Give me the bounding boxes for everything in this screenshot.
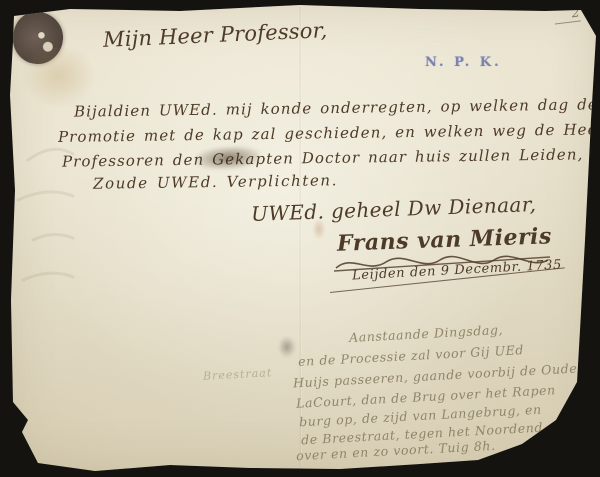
pencil-note: Breestraat: [203, 366, 273, 383]
body-line: Professoren den Gekapten Doctor naar hui…: [62, 145, 584, 170]
salutation: Mijn Heer Professor,: [103, 18, 328, 52]
body-line: Bijaldien UWEd. mij konde onderregten, o…: [74, 95, 598, 120]
body-line: Zoude UWEd. Verplichten.: [93, 171, 338, 192]
letter-paper: 2 N. P. K. Mijn Heer Professor, Bijaldie…: [0, 0, 600, 477]
body-line: Promotie met de kap zal geschieden, en w…: [58, 120, 600, 146]
closing-line: UWEd. geheel Dw Dienaar,: [251, 192, 537, 226]
stain: [20, 48, 98, 110]
collection-stamp: N. P. K.: [425, 55, 502, 70]
ink-smudge: [278, 336, 296, 358]
ink-blot: [195, 145, 260, 171]
postscript-line: Aanstaande Dingsdag,: [349, 322, 504, 345]
page-number: 2: [553, 5, 581, 24]
letter-photograph: 2 N. P. K. Mijn Heer Professor, Bijaldie…: [0, 0, 600, 477]
